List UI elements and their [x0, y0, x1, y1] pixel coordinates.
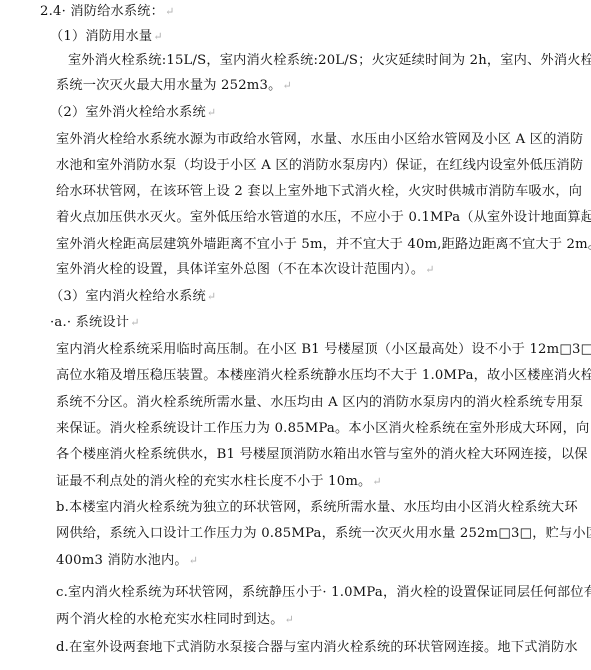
paragraph-mark-icon: ↵: [207, 290, 216, 303]
section-heading: 2.4· 消防给水系统：↵: [40, 3, 175, 21]
paragraph-mark-icon: ↵: [283, 79, 292, 92]
paragraph-mark-icon: ↵: [372, 475, 381, 488]
list-item-d: d.在室外设两套地下式消防水泵接合器与室内消火栓系统的环状管网连接。地下式消防水: [56, 639, 556, 657]
body-line: 给水环状管网，在该环管上设 2 套以上室外地下式消火栓，火灾时供城市消防车吸水，…: [56, 183, 556, 201]
body-line: 室外消火栓系统:15L/S，室内消火栓系统:20L/S；火灾延续时间为 2h，室…: [68, 52, 556, 70]
body-line: 室外消火栓距高层建筑外墙距离不宜小于 5m，并不宜大于 40m,距路边距离不宜大…: [56, 236, 556, 254]
list-heading-system-design: ·a.· 系统设计↵: [50, 314, 140, 332]
paragraph-mark-icon: ↵: [425, 263, 434, 276]
subheading-indoor-hydrant: （3）室内消火栓给水系统↵: [50, 288, 216, 306]
body-line: 系统一次灭火最大用水量为 252m3。↵: [56, 77, 292, 95]
body-line: 水池和室外消防水泵（均设于小区 A 区的消防水泵房内）保证，在红线内设室外低压消…: [56, 157, 556, 175]
list-item-b: b.本楼室内消火栓系统为独立的环状管网，系统所需水量、水压均由小区消火栓系统大环: [56, 499, 556, 517]
body-line: 室外消火栓的设置，具体详室外总图（不在本次设计范围内）。↵: [56, 261, 435, 279]
list-item-c: c.室内消火栓系统为环状管网，系统静压小于· 1.0MPa，消火栓的设置保证同层…: [56, 584, 556, 602]
body-line: 各个楼座消火栓系统供水，B1 号楼屋顶消防水箱出水管与室外的消火栓大环网连接，以…: [56, 446, 556, 464]
body-line: 400m3 消防水池内。↵: [56, 552, 198, 570]
paragraph-mark-icon: ↵: [153, 30, 162, 43]
body-line: 网供给，系统入口设计工作压力为 0.85MPa，系统一次灭火用水量 252m□3…: [56, 525, 556, 543]
body-line: 高位水箱及增压稳压装置。本楼座消火栓系统静水压均不大于 1.0MPa，故小区楼座…: [56, 367, 556, 385]
body-line: 证最不利点处的消火栓的充实水柱长度不小于 10m。↵: [56, 473, 382, 491]
body-line: 室外消火栓给水系统水源为市政给水管网，水量、水压由小区给水管网及小区 A 区的消…: [56, 131, 556, 149]
body-line: 来保证。消火栓系统设计工作压力为 0.85MPa。本小区消火栓系统在室外形成大环…: [56, 420, 556, 438]
paragraph-mark-icon: ↵: [189, 554, 198, 567]
body-line: 室内消火栓系统采用临时高压制。在小区 B1 号楼屋顶（小区最高处）设不小于 12…: [56, 341, 556, 359]
subheading-outdoor-hydrant: （2）室外消火栓给水系统↵: [50, 104, 216, 122]
body-line: 两个消火栓的水枪充实水柱同时到达。↵: [56, 611, 294, 629]
body-line: 着火点加压供水灭火。室外低压给水管道的水压，不应小于 0.1MPa（从室外设计地…: [56, 209, 556, 227]
body-line: 系统不分区。消火栓系统所需水量、水压均由 A 区内的消防水泵房内的消火栓系统专用…: [56, 394, 556, 412]
paragraph-mark-icon: ↵: [285, 613, 294, 626]
paragraph-mark-icon: ↵: [165, 5, 174, 18]
subheading-fire-water-volume: （1）消防用水量↵: [50, 28, 163, 46]
paragraph-mark-icon: ↵: [130, 316, 139, 329]
paragraph-mark-icon: ↵: [207, 106, 216, 119]
document-page: 2.4· 消防给水系统：↵ （1）消防用水量↵ 室外消火栓系统:15L/S，室内…: [0, 0, 591, 670]
